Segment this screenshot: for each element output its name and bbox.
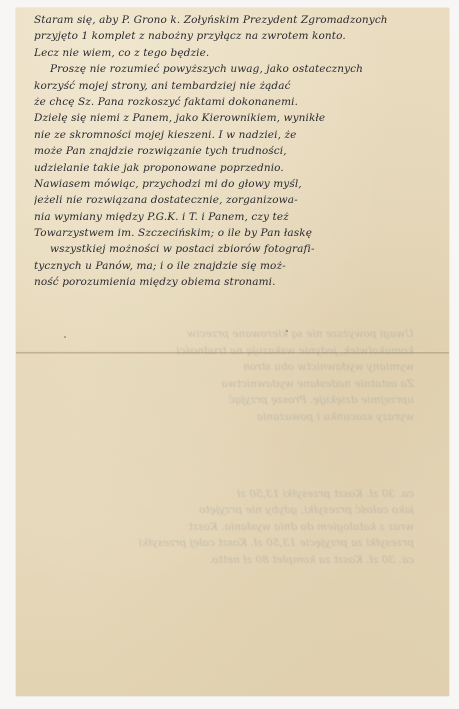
bleed-line: ca. 30 zł. Koszt przesyłki 13,50 zł: [34, 486, 414, 503]
bleed-line: komukolwiek, jedynie wskazują na trudnoś…: [34, 343, 414, 360]
bleed-line: przesyłki za przyjęcie 13,50 zł. Koszt c…: [34, 535, 414, 552]
text-line: Nawiasem mówiąc, przychodzi mi do głowy …: [34, 176, 414, 192]
bleed-line: wraz z katalogiem do dnia wysłania. Kosz…: [34, 519, 414, 536]
text-line: Staram się, aby P. Grono k. Zołyńskim Pr…: [34, 12, 414, 28]
bleed-line: jako całość przesyłki, gdyby nie przyjęt…: [34, 502, 414, 519]
bleed-line: Za ostatnie nadesłane wydawnictwa: [34, 376, 414, 393]
bleed-line: ca. 30 zł. Koszt za komplet 80 zł netto.: [34, 552, 414, 569]
text-line: udzielanie takie jak proponowane poprzed…: [34, 160, 414, 176]
bleed-line: uprzejmie dziękuję. Proszę przyjąć: [34, 392, 414, 409]
bleed-line: Uwagi powyższe nie są kierowane przeciw: [34, 326, 414, 343]
text-line: że chcę Sz. Pana rozkoszyć faktami dokon…: [34, 94, 414, 110]
text-line: Dzielę się niemi z Panem, jako Kierownik…: [34, 110, 414, 126]
text-line: jeżeli nie rozwiązana dostatecznie, zorg…: [34, 192, 414, 208]
text-line: Lecz nie wiem, co z tego będzie.: [34, 45, 414, 61]
bleed-through-text: Uwagi powyższe nie są kierowane przeciw …: [34, 326, 414, 569]
text-line: może Pan znajdzie rozwiązanie tych trudn…: [34, 143, 414, 159]
scanned-document: Staram się, aby P. Grono k. Zołyńskim Pr…: [0, 0, 459, 709]
text-line: wszystkiej możności w postaci zbiorów fo…: [34, 241, 414, 257]
text-line: Proszę nie rozumieć powyższych uwag, jak…: [34, 61, 414, 77]
text-line: nia wymiany między P.G.K. i T. i Panem, …: [34, 209, 414, 225]
bleed-line: wyrazy szacunku i poważania: [34, 409, 414, 426]
text-line: tycznych u Panów, ma; i o ile znajdzie s…: [34, 258, 414, 274]
bleed-line: wymiany wydawnictw obu stron: [34, 359, 414, 376]
text-line: przyjęto 1 komplet z nabożny przyłącz na…: [34, 28, 414, 44]
text-line: ność porozumienia między obiema stronami…: [34, 274, 414, 290]
handwritten-text: Staram się, aby P. Grono k. Zołyńskim Pr…: [34, 12, 414, 291]
text-line: korzyść mojej strony, ani tembardziej ni…: [34, 78, 414, 94]
text-line: Towarzystwem im. Szczecińskim; o ile by …: [34, 225, 414, 241]
text-line: nie ze skromności mojej kieszeni. I w na…: [34, 127, 414, 143]
